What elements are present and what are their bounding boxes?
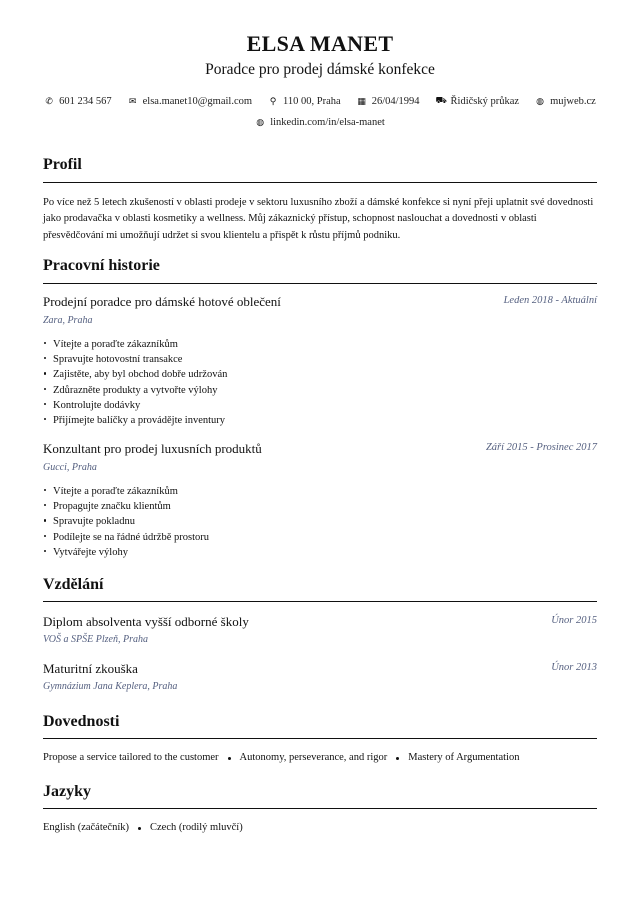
- section-divider: [43, 182, 597, 183]
- contact-website[interactable]: ◍ mujweb.cz: [535, 96, 596, 107]
- section-divider: [43, 283, 597, 284]
- job-dates: Září 2015 - Prosinec 2017: [486, 442, 597, 453]
- section-heading: Profil: [43, 156, 597, 176]
- section-divider: [43, 738, 597, 739]
- map-marker-icon: ⚲: [268, 97, 278, 107]
- globe-icon: ◍: [535, 97, 545, 107]
- contact-address: ⚲ 110 00, Praha: [268, 96, 341, 107]
- section-education: Vzdělání: [43, 576, 597, 596]
- skill-item: Mastery of Argumentation: [408, 752, 519, 763]
- job-duties: Vítejte a poraďte zákazníkům Spravujte h…: [43, 337, 227, 428]
- school-name: VOŠ a SPŠE Plzeň, Praha: [43, 634, 148, 645]
- envelope-icon: ✉: [128, 97, 138, 107]
- job-title: Konzultant pro prodej luxusních produktů: [43, 441, 262, 457]
- language-item: Czech (rodilý mluvčí): [150, 822, 243, 833]
- candidate-title: Poradce pro prodej dámské konfekce: [0, 61, 640, 79]
- languages-list: English (začátečník) Czech (rodilý mluvč…: [43, 822, 243, 833]
- section-heading: Vzdělání: [43, 576, 597, 596]
- duty-item: Vítejte a poraďte zákazníkům: [43, 484, 209, 499]
- section-divider: [43, 808, 597, 809]
- section-heading: Pracovní historie: [43, 257, 597, 277]
- job-title: Prodejní poradce pro dámské hotové obleč…: [43, 294, 281, 310]
- contact-birthdate: ▦ 26/04/1994: [357, 96, 420, 107]
- degree-title: Maturitní zkouška: [43, 661, 138, 677]
- degree-date: Únor 2013: [551, 662, 597, 673]
- contact-phone: ✆ 601 234 567: [44, 96, 112, 107]
- job-company: Zara, Praha: [43, 315, 92, 326]
- duty-item: Kontrolujte dodávky: [43, 398, 227, 413]
- duty-item: Spravujte pokladnu: [43, 514, 209, 529]
- car-icon: ⛟: [436, 96, 446, 107]
- section-heading: Jazyky: [43, 783, 597, 803]
- duty-item: Vítejte a poraďte zákazníkům: [43, 337, 227, 352]
- section-profile: Profil: [43, 156, 597, 176]
- job-company: Gucci, Praha: [43, 462, 97, 473]
- contact-linkedin[interactable]: ◍ linkedin.com/in/elsa-manet: [255, 117, 385, 128]
- resume-page: ELSA MANET Poradce pro prodej dámské kon…: [0, 0, 640, 905]
- language-item: English (začátečník): [43, 822, 129, 833]
- section-skills: Dovednosti: [43, 713, 597, 733]
- separator-dot: [138, 827, 141, 830]
- section-divider: [43, 601, 597, 602]
- degree-date: Únor 2015: [551, 615, 597, 626]
- contact-row: ✆ 601 234 567 ✉ elsa.manet10@gmail.com ⚲…: [0, 96, 640, 107]
- duty-item: Spravujte hotovostní transakce: [43, 352, 227, 367]
- duty-item: Zdůrazněte produkty a vytvořte výlohy: [43, 383, 227, 398]
- section-languages: Jazyky: [43, 783, 597, 803]
- school-name: Gymnázium Jana Keplera, Praha: [43, 681, 177, 692]
- contact-row-2: ◍ linkedin.com/in/elsa-manet: [0, 117, 640, 128]
- duty-item: Zajistěte, aby byl obchod dobře udržován: [43, 367, 227, 382]
- duty-item: Přijímejte balíčky a provádějte inventur…: [43, 413, 227, 428]
- calendar-icon: ▦: [357, 97, 367, 107]
- candidate-name: ELSA MANET: [0, 31, 640, 57]
- contact-email[interactable]: ✉ elsa.manet10@gmail.com: [128, 96, 252, 107]
- skill-item: Propose a service tailored to the custom…: [43, 752, 219, 763]
- duty-item: Propagujte značku klientům: [43, 499, 209, 514]
- contact-driving-licence: ⛟ Řidičský průkaz: [436, 96, 520, 107]
- job-dates: Leden 2018 - Aktuální: [504, 295, 597, 306]
- section-work-history: Pracovní historie: [43, 257, 597, 277]
- skills-list: Propose a service tailored to the custom…: [43, 752, 519, 763]
- profile-summary: Po více než 5 letech zkušeností v oblast…: [43, 195, 599, 244]
- separator-dot: [396, 757, 399, 760]
- skill-item: Autonomy, perseverance, and rigor: [240, 752, 388, 763]
- degree-title: Diplom absolventa vyšší odborné školy: [43, 614, 249, 630]
- duty-item: Podílejte se na řádné údržbě prostoru: [43, 530, 209, 545]
- separator-dot: [228, 757, 231, 760]
- globe-icon: ◍: [255, 118, 265, 128]
- section-heading: Dovednosti: [43, 713, 597, 733]
- phone-icon: ✆: [44, 97, 54, 107]
- job-duties: Vítejte a poraďte zákazníkům Propagujte …: [43, 484, 209, 560]
- duty-item: Vytvářejte výlohy: [43, 545, 209, 560]
